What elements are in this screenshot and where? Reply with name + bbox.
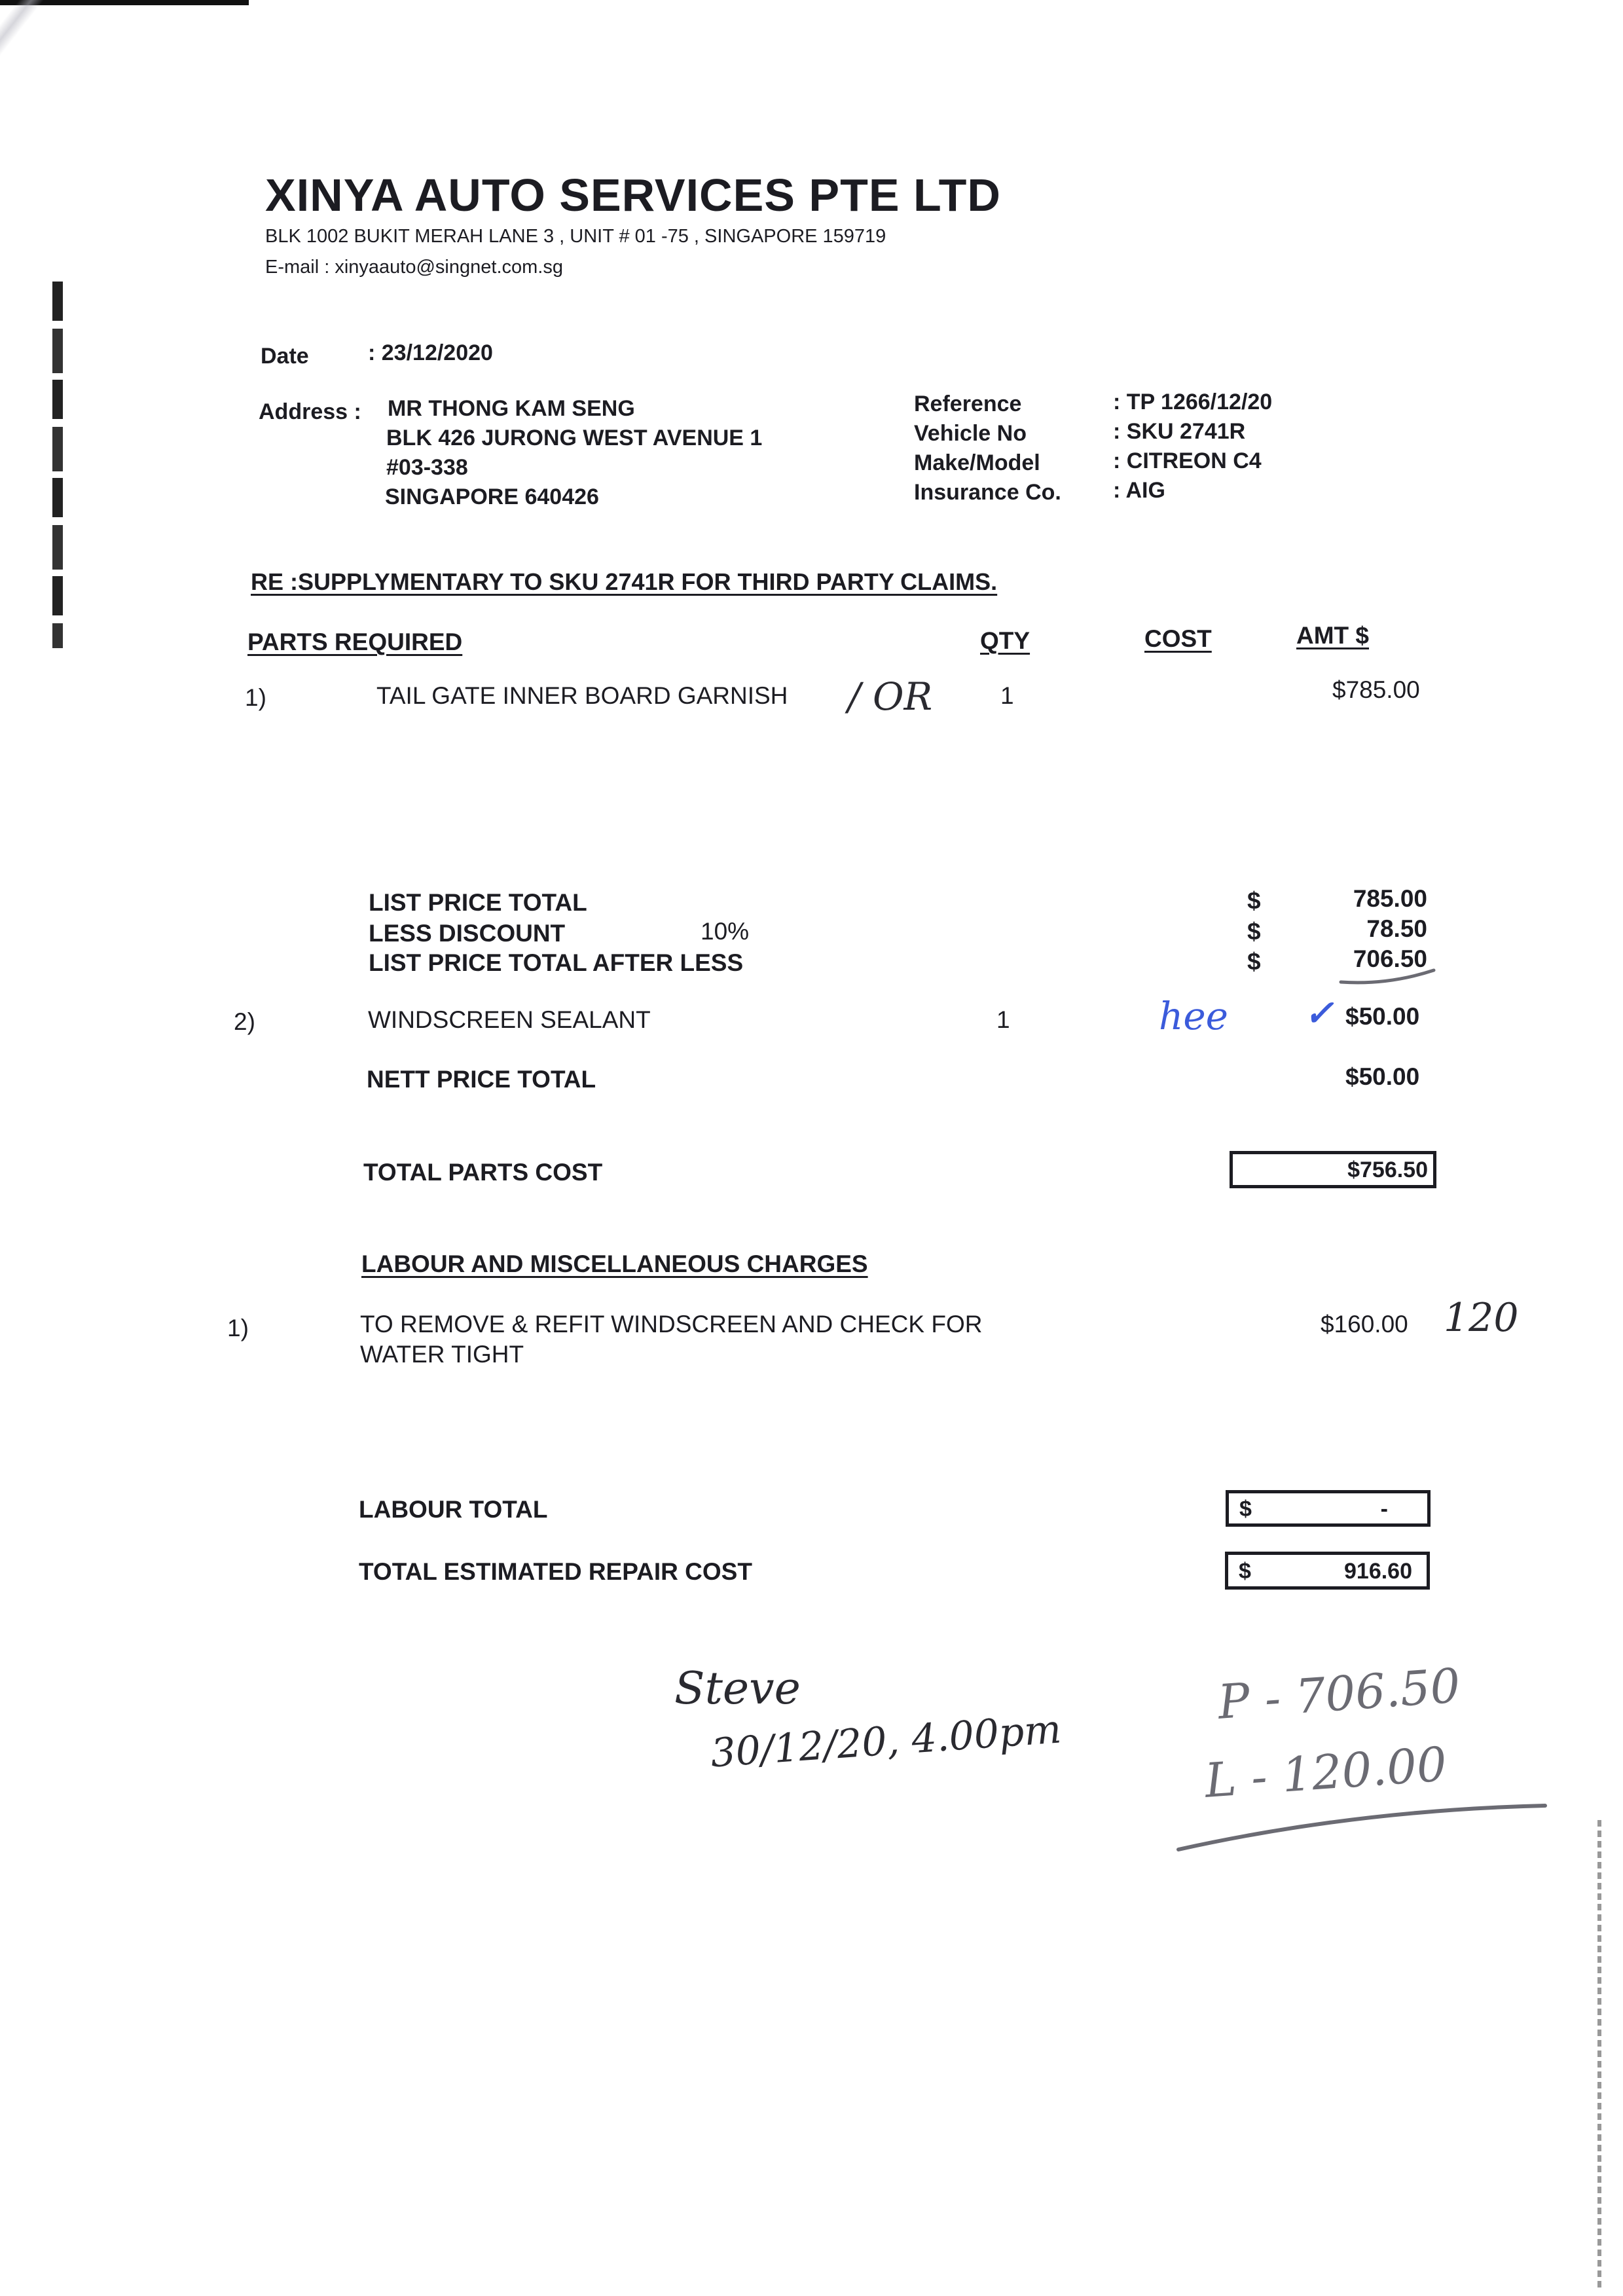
make-model-label: Make/Model: [914, 450, 1040, 476]
currency-symbol: $: [1239, 1497, 1252, 1522]
handwritten-labour-note: 120: [1444, 1295, 1519, 1341]
vehicle-no-label: Vehicle No: [914, 421, 1027, 446]
handwritten-cost-note: hee: [1159, 994, 1228, 1038]
scan-artifact-right-edge: [1597, 1820, 1601, 2291]
discount-percent: 10%: [701, 918, 749, 945]
address-line: SINGAPORE 640426: [385, 484, 599, 510]
part-item-description: WINDSCREEN SEALANT: [368, 1006, 651, 1034]
handwritten-parts-note: P - 706.50: [1216, 1658, 1462, 1730]
total-parts-cost-value: $756.50: [1347, 1157, 1428, 1183]
total-estimated-repair-cost-value: 916.60: [1344, 1559, 1412, 1584]
labour-heading: LABOUR AND MISCELLANEOUS CHARGES: [361, 1250, 868, 1278]
part-item-amount: $785.00: [1332, 676, 1420, 704]
insurance-label: Insurance Co.: [914, 480, 1061, 505]
part-item-qty: 1: [996, 1006, 1010, 1034]
col-cost: COST: [1144, 625, 1212, 653]
labour-item-line2: WATER TIGHT: [360, 1341, 524, 1368]
make-model-value: : CITREON C4: [1113, 448, 1262, 474]
part-item-description: TAIL GATE INNER BOARD GARNISH: [376, 682, 788, 710]
labour-item-amount: $160.00: [1321, 1311, 1408, 1338]
company-name: XINYA AUTO SERVICES PTE LTD: [265, 169, 1001, 221]
address-line: MR THONG KAM SENG: [388, 396, 635, 422]
currency-symbol: $: [1239, 1559, 1251, 1584]
nett-price-total-label: NETT PRICE TOTAL: [367, 1066, 596, 1093]
scan-artifact-fold: [0, 0, 211, 147]
reference-label: Reference: [914, 392, 1021, 417]
address-line: BLK 426 JURONG WEST AVENUE 1: [386, 426, 762, 451]
handwritten-signed-datetime: 30/12/20, 4.00pm: [709, 1706, 1063, 1776]
part-item-number: 2): [234, 1008, 255, 1036]
reference-value: : TP 1266/12/20: [1113, 390, 1272, 415]
list-price-total-label: LIST PRICE TOTAL: [369, 889, 587, 917]
handwritten-signature: Steve: [674, 1663, 801, 1715]
date-label: Date: [261, 344, 309, 369]
labour-total-value: -: [1381, 1497, 1388, 1522]
col-amount: AMT $: [1296, 622, 1369, 649]
part-item-amount: $50.00: [1345, 1003, 1419, 1030]
total-parts-cost-label: TOTAL PARTS COST: [363, 1159, 602, 1186]
col-parts-required: PARTS REQUIRED: [247, 629, 462, 656]
part-item-qty: 1: [1000, 682, 1014, 710]
subject-line: RE :SUPPLYMENTARY TO SKU 2741R FOR THIRD…: [251, 568, 997, 596]
labour-total-box: $ -: [1226, 1490, 1431, 1527]
list-price-total-value: 785.00: [1296, 885, 1427, 913]
vehicle-no-value: : SKU 2741R: [1113, 419, 1245, 445]
labour-total-label: LABOUR TOTAL: [359, 1496, 547, 1523]
handwritten-or-note: / OR: [848, 674, 932, 719]
insurance-value: : AIG: [1113, 478, 1165, 503]
address-line: #03-338: [386, 455, 468, 481]
check-mark-icon: ✓: [1304, 992, 1334, 1034]
total-estimated-repair-cost-label: TOTAL ESTIMATED REPAIR COST: [359, 1558, 752, 1586]
total-estimated-repair-cost-box: $ 916.60: [1225, 1552, 1430, 1590]
date-value: : 23/12/2020: [368, 340, 493, 366]
company-email: E-mail : xinyaauto@singnet.com.sg: [265, 257, 563, 278]
address-label: Address :: [259, 399, 361, 425]
currency-symbol: $: [1247, 948, 1261, 975]
nett-price-total-value: $50.00: [1345, 1063, 1419, 1091]
col-qty: QTY: [980, 627, 1030, 655]
scan-artifact-left-edge: [52, 282, 63, 648]
list-price-after-less-label: LIST PRICE TOTAL AFTER LESS: [369, 949, 743, 977]
part-item-number: 1): [245, 684, 266, 712]
currency-symbol: $: [1247, 887, 1261, 915]
handwritten-underline: [1336, 962, 1440, 989]
total-parts-cost-box: $756.50: [1230, 1151, 1436, 1188]
company-address: BLK 1002 BUKIT MERAH LANE 3 , UNIT # 01 …: [265, 226, 886, 247]
labour-item-number: 1): [227, 1315, 249, 1342]
less-discount-label: LESS DISCOUNT: [369, 920, 565, 947]
discount-value: 78.50: [1296, 915, 1427, 943]
labour-item-line1: TO REMOVE & REFIT WINDSCREEN AND CHECK F…: [360, 1311, 982, 1338]
handwritten-underline: [1172, 1794, 1552, 1859]
currency-symbol: $: [1247, 918, 1261, 945]
